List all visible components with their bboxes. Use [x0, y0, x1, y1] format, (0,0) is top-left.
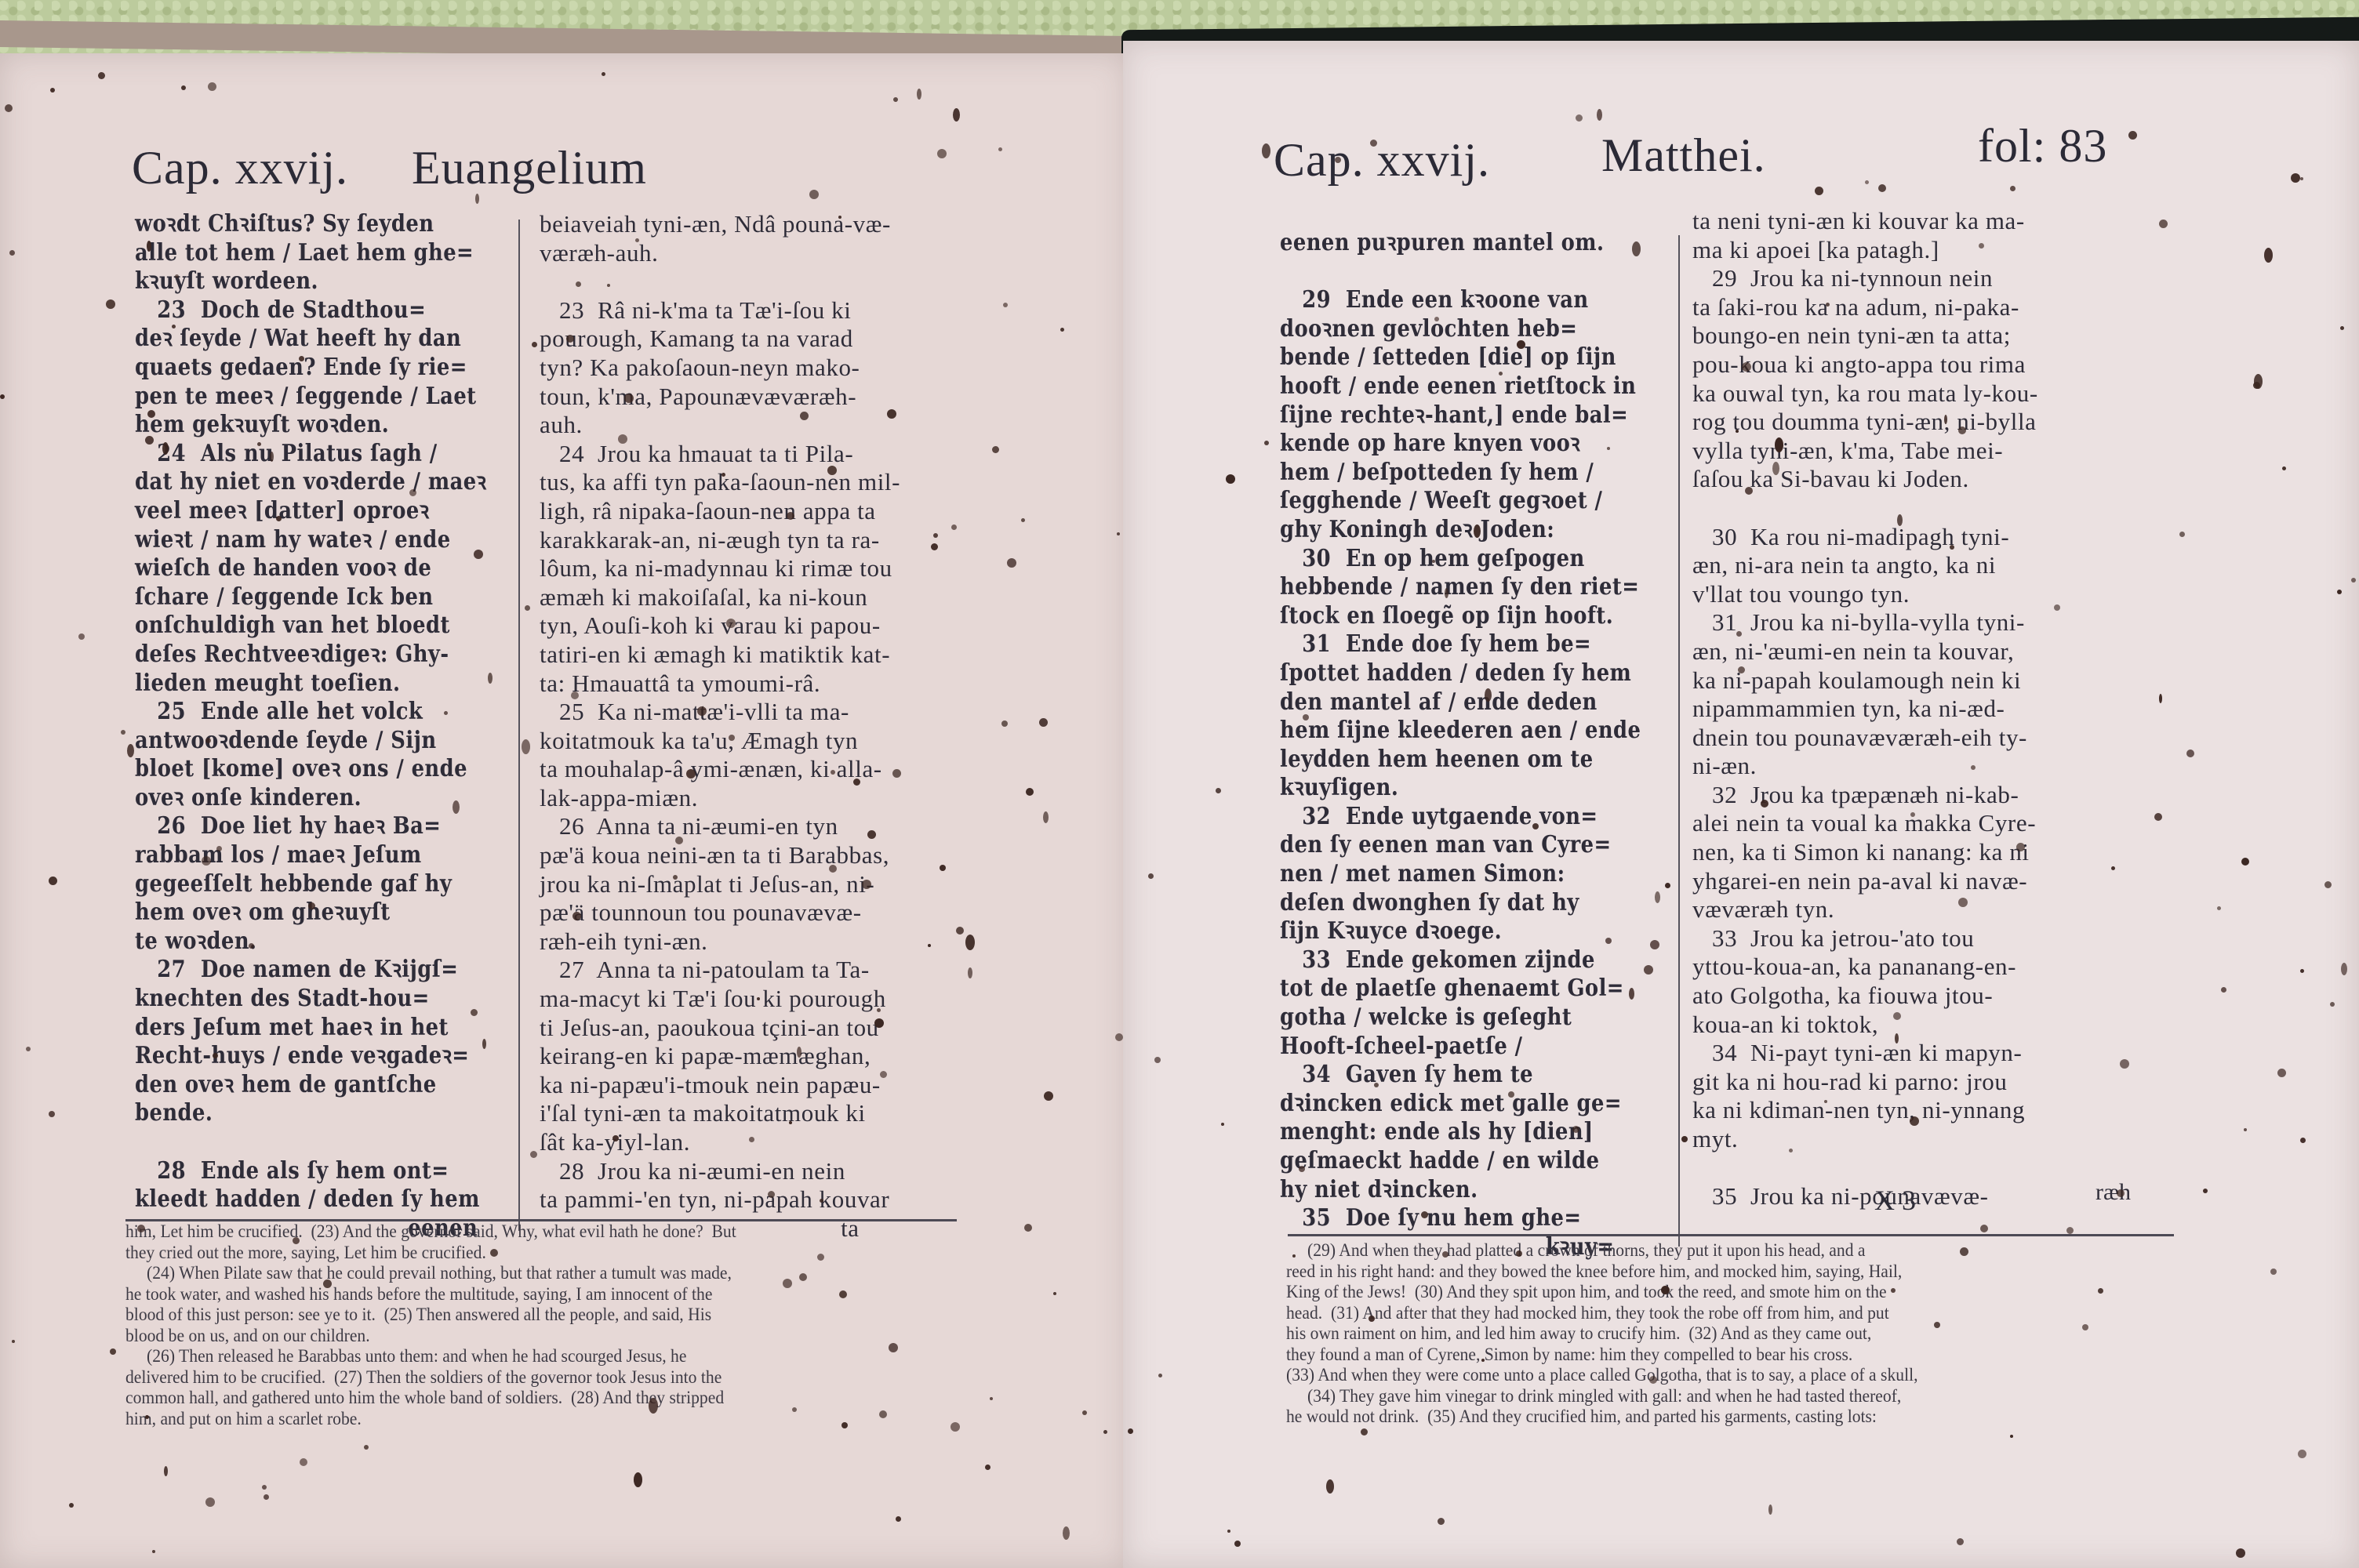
signature-mark: X 3 [1874, 1184, 1916, 1217]
text-line: ma ki apoei [ka patagh.] [1692, 236, 2038, 265]
text-line: git ka ni hou-rad ki parno: jrou [1692, 1068, 2038, 1097]
footnote-line: (29) And when they had platted a crown o… [1286, 1240, 1917, 1261]
text-line: 27 Doe namen de Kꝛijgſ= [135, 956, 486, 985]
text-line: 24 Als nu Pilatus ſagh / [135, 440, 486, 469]
text-line: myt. [1692, 1125, 2038, 1154]
text-line: ſegghende / Weeſt gegꝛoet / [1280, 487, 1641, 516]
text-line: væværæh tyn. [1692, 895, 2038, 924]
text-line: ta neni tyni-æn ki kouvar ka ma- [1692, 207, 2038, 236]
text-line: bende. [135, 1099, 486, 1128]
footnote-line: he took water, and washed his hands befo… [125, 1284, 736, 1305]
column-divider [518, 220, 520, 1231]
text-line: hy niet dꝛincken. [1280, 1176, 1641, 1205]
text-line: tatiri-en ki æmagh ki matiktik kat- [540, 641, 900, 670]
text-line: 28 Ende als ſy hem ont= [135, 1157, 486, 1186]
text-line: rog tou doumma tyni-æn, ni-bylla [1692, 408, 2038, 437]
text-line: jrou ka ni-ſmaplat ti Jeſus-an, ni- [540, 870, 900, 899]
footnote-line: blood of this just person: see ye to it.… [125, 1305, 736, 1326]
text-line: deꝛ ſeyde / Wat heeft hy dan [135, 325, 486, 354]
footnote-line: delivered him to be crucified. (27) Then… [125, 1367, 736, 1388]
text-line: leydden hem heenen om te [1280, 746, 1641, 775]
footnote-line: they found a man of Cyrene, Simon by nam… [1286, 1345, 1917, 1366]
footnote-line: him, Let him be crucified. (23) And the … [125, 1221, 736, 1243]
text-line: pourough, Kamang ta na varad [540, 325, 900, 354]
text-line: bende / ſetteden [die] op ſijn [1280, 343, 1641, 372]
text-line: hem ſijne kleederen aen / ende [1280, 717, 1641, 746]
text-line: ſchare / ſeggende Ick ben [135, 583, 486, 612]
footnote-line: (34) They gave him vinegar to drink ming… [1286, 1386, 1917, 1407]
footnote-line: common hall, and gathered unto him the w… [125, 1388, 736, 1409]
text-line: 35 Jrou ka ni-pounavævæ- [1692, 1182, 2038, 1211]
text-line: ka ni kdiman-nen tyn, ni-ynnang [1692, 1096, 2038, 1125]
text-line: 25 Ka ni-mattæ'i-vlli ta ma- [540, 698, 900, 727]
text-line: ta: Hmauattâ ta ymoumi-râ. [540, 670, 900, 699]
text-line: ka ouwal tyn, ka rou mata ly-kou- [1692, 379, 2038, 408]
footnote-line: (24) When Pilate saw that he could preva… [125, 1263, 736, 1284]
text-line: beiaveiah tyni-æn, Ndâ pouna-væ- [540, 210, 900, 239]
text-line: 34 Gaven ſy hem te [1280, 1061, 1641, 1090]
text-line: ligh, râ nipaka-ſaoun-nen appa ta [540, 497, 900, 526]
text-line: pou-koua ki angto-appa tou rima [1692, 350, 2038, 379]
text-line: gegeeſſelt hebbende gaf hy [135, 870, 486, 899]
text-line: ræh-eih tyni-æn. [540, 927, 900, 956]
text-line: 33 Jrou ka jetrou-'ato tou [1692, 924, 2038, 953]
text-line: hem / beſpotteden ſy hem / [1280, 459, 1641, 488]
text-line: ka ni-papah koulamough nein ki [1692, 666, 2038, 695]
text-line: æn, ni-'æumi-en nein ta kouvar, [1692, 637, 2038, 666]
text-line: væræh-auh. [540, 239, 900, 268]
text-line: 32 Ende uytgaende von= [1280, 803, 1641, 832]
footnote-rule [1288, 1234, 2174, 1236]
footnote-line: his own raiment on him, and led him away… [1286, 1323, 1917, 1345]
text-line: vylla tyni-æn, k'ma, Tabe mei- [1692, 437, 2038, 466]
footnote-line: they cried out the more, saying, Let him… [125, 1243, 736, 1264]
text-line: woꝛdt Chꝛiſtus? Sy ſeyden [135, 210, 486, 239]
text-line: ſaſou ka Si-bavau ki Joden. [1692, 465, 2038, 494]
text-line: ders Jeſum met haeꝛ in het [135, 1014, 486, 1043]
text-line: ſpottet hadden / deden ſy hem [1280, 659, 1641, 688]
text-line: kleedt hadden / deden ſy hem [135, 1185, 486, 1214]
text-line: koitatmouk ka ta'u, Æmagh tyn [540, 727, 900, 756]
chapter-heading: Cap. xxvij. [132, 141, 348, 195]
english-footnotes: (29) And when they had platted a crown o… [1286, 1240, 1917, 1428]
text-line: boungo-en nein tyni-æn ta atta; [1692, 321, 2038, 350]
text-line: 25 Ende alle het volck [135, 698, 486, 727]
text-line: 34 Ni-payt tyni-æn ki mapyn- [1692, 1039, 2038, 1068]
footnote-line: him, and put on him a scarlet robe. [125, 1409, 736, 1430]
text-line: 26 Doe liet hy haeꝛ Ba= [135, 812, 486, 841]
siraya-column: ta neni tyni-æn ki kouvar ka ma-ma ki ap… [1692, 207, 2038, 1211]
footnote-line: (33) And when they were come unto a plac… [1286, 1365, 1917, 1386]
text-line: ta pammi-'en tyn, ni-papah kouvar [540, 1185, 900, 1214]
text-line: 29 Jrou ka ni-tynnoun nein [1692, 264, 2038, 293]
footnote-line: head. (31) And after that they had mocke… [1286, 1303, 1917, 1324]
text-line: kꝛuyſt wordeen. [135, 267, 486, 296]
footnote-line: King of the Jews! (30) And they spit upo… [1286, 1282, 1917, 1303]
text-line: eenen puꝛpuren mantel om. [1280, 229, 1641, 258]
text-line: den mantel af / ende deden [1280, 688, 1641, 717]
text-line: 27 Anna ta ni-patoulam ta Ta- [540, 956, 900, 985]
text-line: yttou-koua-an, ka pananang-en- [1692, 953, 2038, 982]
text-line: tot de plaetſe ghenaemt Gol= [1280, 975, 1641, 1004]
text-line: 35 Doe ſy nu hem ghe= [1280, 1204, 1641, 1233]
text-line: kende op hare knyen vooꝛ [1280, 430, 1641, 459]
text-line: ſtock en ſloegẽ op ſijn hooft. [1280, 602, 1641, 631]
text-line: dꝛincken edick met galle ge= [1280, 1090, 1641, 1119]
text-line: keirang-en ki papæ-mæmæghan, [540, 1042, 900, 1071]
text-line: ta mouhalap-â ymi-ænæn, ki alla- [540, 755, 900, 784]
text-line: nen / met namen Simon: [1280, 860, 1641, 889]
text-line: v'llat tou voungo tyn. [1692, 580, 2038, 609]
text-line: 28 Jrou ka ni-æumi-en nein [540, 1157, 900, 1186]
text-line: ta ſaki-rou ka na adum, ni-paka- [1692, 293, 2038, 322]
text-line: Recht-huys / ende veꝛgadeꝛ= [135, 1042, 486, 1071]
text-line: 33 Ende gekomen zijnde [1280, 946, 1641, 975]
text-line: karakkarak-an, ni-æugh tyn ta ra- [540, 526, 900, 555]
text-line: kꝛuyſigen. [1280, 774, 1641, 803]
text-line: koua-an ki toktok, [1692, 1011, 2038, 1040]
footnote-line: blood be on us, and on our children. [125, 1326, 736, 1347]
text-line: tyn, Aouſi-koh ki varau ki papou- [540, 612, 900, 641]
text-line: yhgarei-en nein pa-aval ki navæ- [1692, 867, 2038, 896]
text-line [540, 267, 900, 296]
text-line: pæ'ä koua neini-æn ta ti Barabbas, [540, 841, 900, 870]
text-line: ghy Koningh deꝛ Joden: [1280, 516, 1641, 545]
text-line: lak-appa-miæn. [540, 784, 900, 813]
text-line: wieſch de handen vooꝛ de [135, 554, 486, 583]
text-line: 30 Ka rou ni-madipagh tyni- [1692, 523, 2038, 552]
footnote-line: he would not drink. (35) And they crucif… [1286, 1406, 1917, 1428]
text-line: 24 Jrou ka hmauat ta ti Pila- [540, 440, 900, 469]
text-line: knechten des Stadt-hou= [135, 985, 486, 1014]
text-line: toun, k'ma, Papounævæværæh- [540, 383, 900, 412]
folio-number: fol: 83 [1978, 119, 2107, 173]
text-line: hebbende / namen ſy den riet= [1280, 573, 1641, 602]
text-line: hem gekꝛuyſt woꝛden. [135, 411, 486, 440]
text-line: hem oveꝛ om gheꝛuyſt [135, 898, 486, 927]
running-title: Euangelium [412, 141, 647, 195]
text-line: pen te meeꝛ / ſeggende / Laet [135, 383, 486, 412]
text-line: i'ſal tyni-æn ta makoitatmouk ki [540, 1099, 900, 1128]
text-line: ka ni-papæu'i-tmouk nein papæu- [540, 1071, 900, 1100]
text-line: Hooft-ſcheel-paetſe / [1280, 1033, 1641, 1062]
text-line: deſen dwonghen ſy dat hy [1280, 889, 1641, 918]
footnote-line: reed in his right hand: and they bowed t… [1286, 1261, 1917, 1283]
text-line: veel meeꝛ [datter] oproeꝛ [135, 497, 486, 526]
chapter-heading: Cap. xxvij. [1274, 133, 1490, 187]
text-line: dnein tou pounavæværæh-eih ty- [1692, 724, 2038, 753]
text-line: gotha / welcke is geſeght [1280, 1004, 1641, 1033]
text-line: hooft / ende eenen rietſtock in [1280, 372, 1641, 401]
text-line: 26 Anna ta ni-æumi-en tyn [540, 812, 900, 841]
text-line: æmæh ki makoiſaſal, ka ni-koun [540, 583, 900, 612]
text-line: 23 Râ ni-k'ma ta Tæ'i-ſou ki [540, 296, 900, 325]
footnote-line: (26) Then released he Barabbas unto them… [125, 1346, 736, 1367]
text-line: ſât ka-yiyl-lan. [540, 1128, 900, 1157]
text-line: 23 Doch de Stadthou= [135, 296, 486, 325]
text-line: 29 Ende een kꝛoone van [1280, 286, 1641, 315]
text-line: wieꝛt / nam hy wateꝛ / ende [135, 526, 486, 555]
catchword: ræh [2095, 1179, 2131, 1206]
text-line: menght: ende als hy [dien] [1280, 1118, 1641, 1147]
text-line: rabbam los / maeꝛ Jeſum [135, 841, 486, 870]
text-line: alle tot hem / Laet hem ghe= [135, 239, 486, 268]
text-line: quaets gedaen? Ende ſy rie= [135, 354, 486, 383]
text-line: oveꝛ onſe kinderen. [135, 784, 486, 813]
dutch-column: eenen puꝛpuren mantel om. 29 Ende een kꝛ… [1280, 229, 1641, 1261]
text-line: ma-macyt ki Tæ'i ſou ki pourough [540, 985, 900, 1014]
text-line: nipammammien tyn, ka ni-æd- [1692, 695, 2038, 724]
dutch-column: woꝛdt Chꝛiſtus? Sy ſeydenalle tot hem / … [135, 210, 486, 1243]
text-line: deſes Rechtveeꝛdigeꝛ: Ghy- [135, 641, 486, 670]
text-line: nen, ka ti Simon ki nanang: ka ni [1692, 838, 2038, 867]
right-page: Cap. xxvij. Matthei. fol: 83 eenen puꝛpu… [1123, 41, 2359, 1568]
english-footnotes: him, Let him be crucified. (23) And the … [125, 1221, 736, 1429]
text-line [1692, 1154, 2038, 1183]
text-line: 32 Jrou ka tpæpænæh ni-kab- [1692, 781, 2038, 810]
text-line: ſijn Kꝛuyce dꝛoege. [1280, 917, 1641, 946]
text-line: alei nein ta voual ka makka Cyre- [1692, 809, 2038, 838]
text-line: 31 Ende doe ſy hem be= [1280, 630, 1641, 659]
text-line: ſijne rechteꝛ-hant,] ende bal= [1280, 401, 1641, 430]
text-line: 30 En op hem geſpogen [1280, 545, 1641, 574]
text-line: ato Golgotha, ka fiouwa jtou- [1692, 982, 2038, 1011]
text-line [1280, 258, 1641, 287]
text-line: tyn? Ka pakoſaoun-neyn mako- [540, 354, 900, 383]
text-line: lieden meught toeſien. [135, 670, 486, 699]
text-line: æn, ni-ara nein ta angto, ka ni [1692, 551, 2038, 580]
text-line: tus, ka affi tyn paka-ſaoun-nen mil- [540, 468, 900, 497]
text-line: den ſy eenen man van Cyre= [1280, 831, 1641, 860]
text-line: 31 Jrou ka ni-bylla-vylla tyni- [1692, 608, 2038, 637]
text-line: pæ'ä tounnoun tou pounavævæ- [540, 898, 900, 927]
text-line: lôum, ka ni-madynnau ki rimæ tou [540, 554, 900, 583]
text-line: auh. [540, 411, 900, 440]
left-page: Cap. xxvij. Euangelium woꝛdt Chꝛiſtus? S… [0, 53, 1128, 1568]
text-line: ni-æn. [1692, 752, 2038, 781]
text-line [135, 1128, 486, 1157]
text-line: den oveꝛ hem de gantſche [135, 1071, 486, 1100]
siraya-column: beiaveiah tyni-æn, Ndâ pouna-væ-væræh-au… [540, 210, 900, 1243]
text-line: bloet [kome] oveꝛ ons / ende [135, 755, 486, 784]
text-line: geſmaeckt hadde / en wilde [1280, 1147, 1641, 1176]
text-line: dooꝛnen gevlochten heb= [1280, 315, 1641, 344]
text-line: antwooꝛdende ſeyde / Sijn [135, 727, 486, 756]
text-line: ti Jeſus-an, paoukoua tçini-an tou [540, 1014, 900, 1043]
running-title: Matthei. [1601, 129, 1766, 183]
text-line: te woꝛden. [135, 927, 486, 956]
text-line [1692, 494, 2038, 523]
text-line: onſchuldigh van het bloedt [135, 612, 486, 641]
column-divider [1678, 235, 1680, 1247]
text-line: dat hy niet en voꝛderde / maeꝛ [135, 468, 486, 497]
